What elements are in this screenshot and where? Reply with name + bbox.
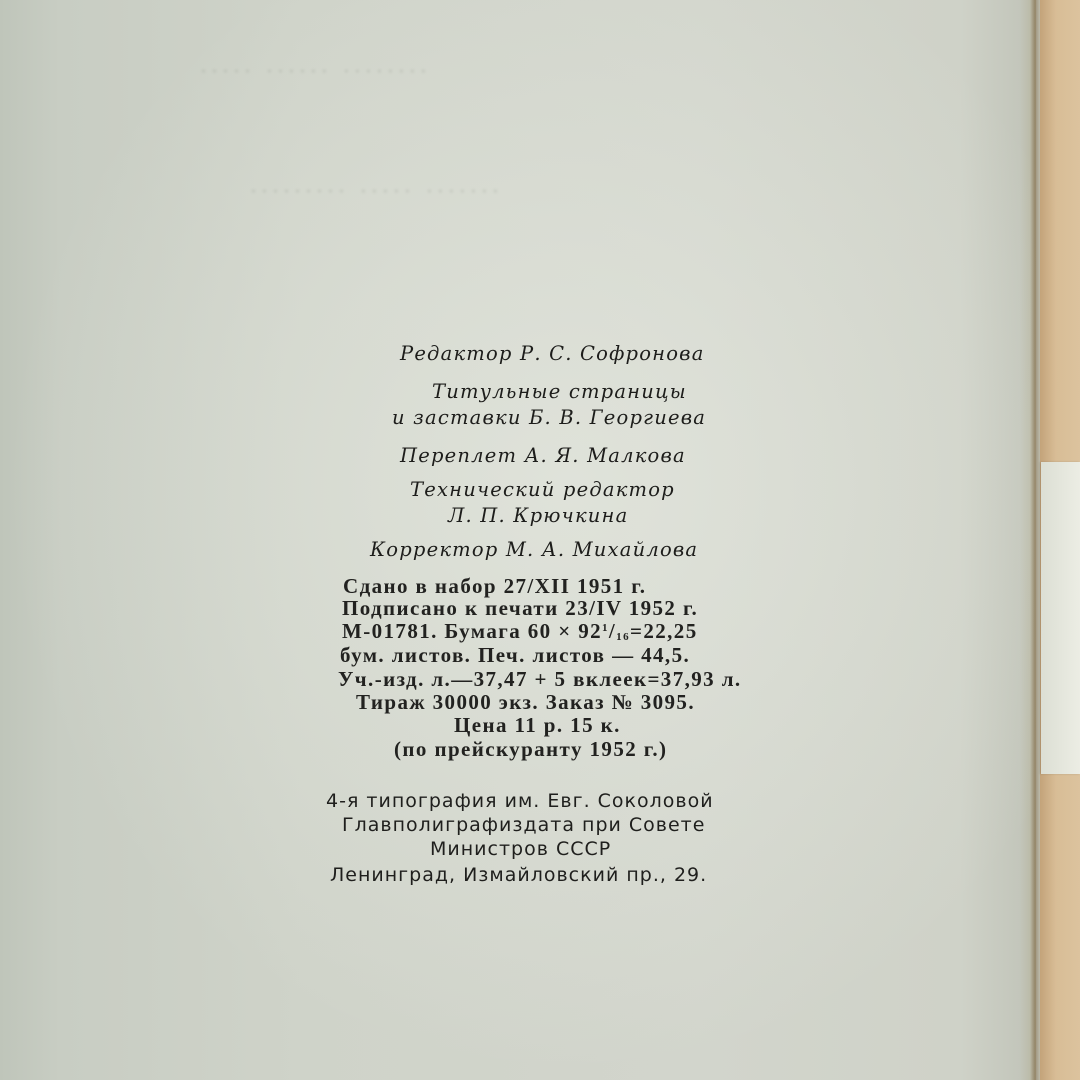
tech-editor-credit-line1: Технический редактор (410, 478, 675, 501)
title-pages-credit-line1: Титульные страницы (432, 380, 687, 403)
edition-sheets: Уч.-изд. л.—37,47 + 5 вклеек=37,93 л. (338, 667, 742, 692)
printer-line2: Главполиграфиздата при Совете (342, 814, 705, 836)
printer-line1: 4-я типография им. Евг. Соколовой (326, 790, 714, 812)
printer-address: Ленинград, Измайловский пр., 29. (330, 864, 707, 886)
price: Цена 11 р. 15 к. (454, 713, 621, 738)
colophon: Редактор Р. С. Софронова Титульные стран… (0, 0, 1080, 1080)
title-pages-credit-line2: и заставки Б. В. Георгиева (392, 406, 706, 429)
printer-line3: Министров СССР (430, 838, 611, 860)
proofreader-credit: Корректор М. А. Михайлова (370, 538, 698, 561)
paper-format: М-01781. Бумага 60 × 921/16=22,25 (342, 619, 698, 644)
binding-credit: Переплет А. Я. Малкова (400, 444, 686, 467)
editor-credit: Редактор Р. С. Софронова (400, 342, 705, 365)
signed-date: Подписано к печати 23/IV 1952 г. (342, 596, 698, 621)
sheet-counts: бум. листов. Печ. листов — 44,5. (340, 643, 690, 668)
price-note: (по прейскуранту 1952 г.) (394, 737, 667, 762)
tech-editor-credit-line2: Л. П. Крючкина (448, 504, 628, 527)
print-run-order: Тираж 30000 экз. Заказ № 3095. (356, 690, 695, 715)
